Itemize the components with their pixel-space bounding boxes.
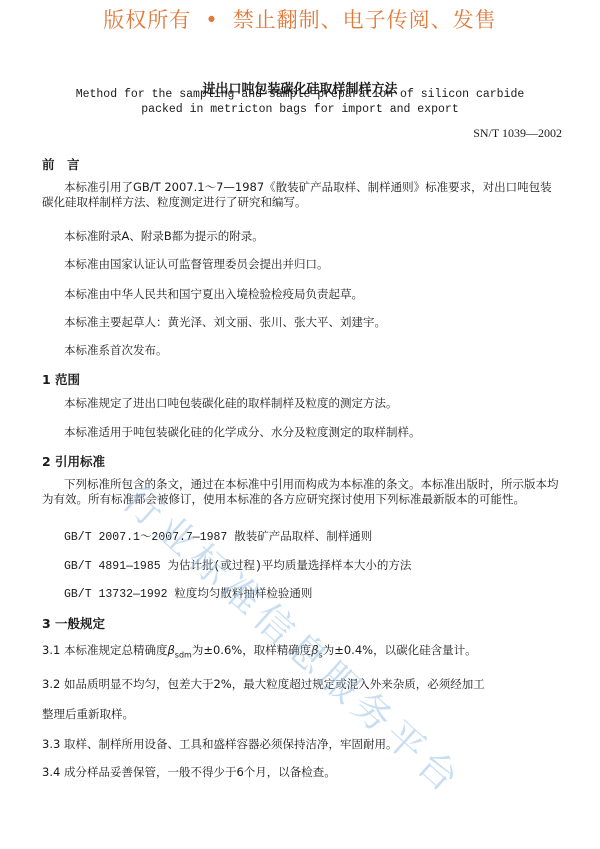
reference-item: GB/T 4891—1985 为估计批(或过程)平均质量选择样本大小的方法	[64, 559, 584, 574]
section-2-intro: 下列标准所包含的条文，通过在本标准中引用而构成为本标准的条文。本标准出版时，所示…	[42, 477, 562, 507]
clause-text: 取样、制样所用设备、工具和盛样容器必须保持洁净，牢固耐用。	[64, 737, 398, 751]
clause-number: 3.2	[42, 677, 60, 691]
beta-symbol: β	[311, 643, 318, 657]
clause-3-2-continued: 整理后重新取样。	[42, 707, 562, 722]
section-1-paragraph: 本标准适用于吨包装碳化硅的化学成分、水分及粒度测定的取样制样。	[64, 425, 584, 440]
foreword-heading: 前 言	[42, 155, 80, 173]
beta-symbol: β	[167, 643, 174, 657]
document-title-en: Method for the sampling and sample prepa…	[60, 87, 540, 117]
section-3-heading: 3 一般规定	[42, 614, 105, 632]
copyright-banner: 版权所有•禁止翻制、电子传阅、发售	[0, 4, 600, 34]
standard-code: SN/T 1039—2002	[473, 126, 562, 141]
foreword-paragraph: 本标准由国家认证认可监督管理委员会提出并归口。	[64, 257, 584, 272]
section-1-heading: 1 范围	[42, 370, 80, 388]
clause-number: 3.3	[42, 737, 60, 751]
clause-3-3: 3.3 取样、制样所用设备、工具和盛样容器必须保持洁净，牢固耐用。	[42, 737, 562, 752]
reference-item: GB/T 13732—1992 粒度均匀散料抽样检验通则	[64, 587, 584, 602]
clause-3-2: 3.2 如品质明显不均匀，包差大于2%，最大粒度超过规定或混入外来杂质，必须经加…	[42, 677, 562, 692]
foreword-paragraph: 本标准附录A、附录B都为提示的附录。	[64, 229, 584, 244]
section-1-paragraph: 本标准规定了进出口吨包装碳化硅的取样制样及粒度的测定方法。	[64, 396, 584, 411]
clause-text: 本标准规定总精确度	[64, 643, 168, 657]
section-2-heading: 2 引用标准	[42, 452, 105, 470]
foreword-paragraph: 本标准系首次发布。	[64, 343, 584, 358]
clause-text: 为±0.4%，以碳化硅含量计。	[323, 643, 477, 657]
foreword-paragraph: 本标准主要起草人：黄光泽、刘文丽、张川、张大平、刘建宇。	[64, 315, 584, 330]
banner-separator: •	[205, 8, 218, 32]
clause-number: 3.1	[42, 643, 60, 657]
banner-left: 版权所有	[103, 8, 191, 32]
foreword-paragraph: 本标准引用了GB/T 2007.1～7—1987《散装矿产品取样、制样通则》标准…	[42, 180, 562, 210]
clause-number: 3.4	[42, 765, 60, 779]
reference-item: GB/T 2007.1～2007.7—1987 散装矿产品取样、制样通则	[64, 530, 584, 545]
banner-right: 禁止翻制、电子传阅、发售	[233, 8, 497, 32]
clause-3-4: 3.4 成分样品妥善保管，一般不得少于6个月，以备检查。	[42, 765, 562, 780]
clause-3-1: 3.1 本标准规定总精确度βsdm为±0.6%，取样精确度βs为±0.4%，以碳…	[42, 643, 562, 662]
clause-text: 如品质明显不均匀，包差大于2%，最大粒度超过规定或混入外来杂质，必须经加工	[64, 677, 485, 691]
subscript: sdm	[175, 650, 192, 659]
foreword-paragraph: 本标准由中华人民共和国宁夏出入境检验检疫局负责起草。	[64, 287, 584, 302]
clause-text: 成分样品妥善保管，一般不得少于6个月，以备检查。	[64, 765, 336, 779]
clause-text: 为±0.6%，取样精确度	[192, 643, 311, 657]
